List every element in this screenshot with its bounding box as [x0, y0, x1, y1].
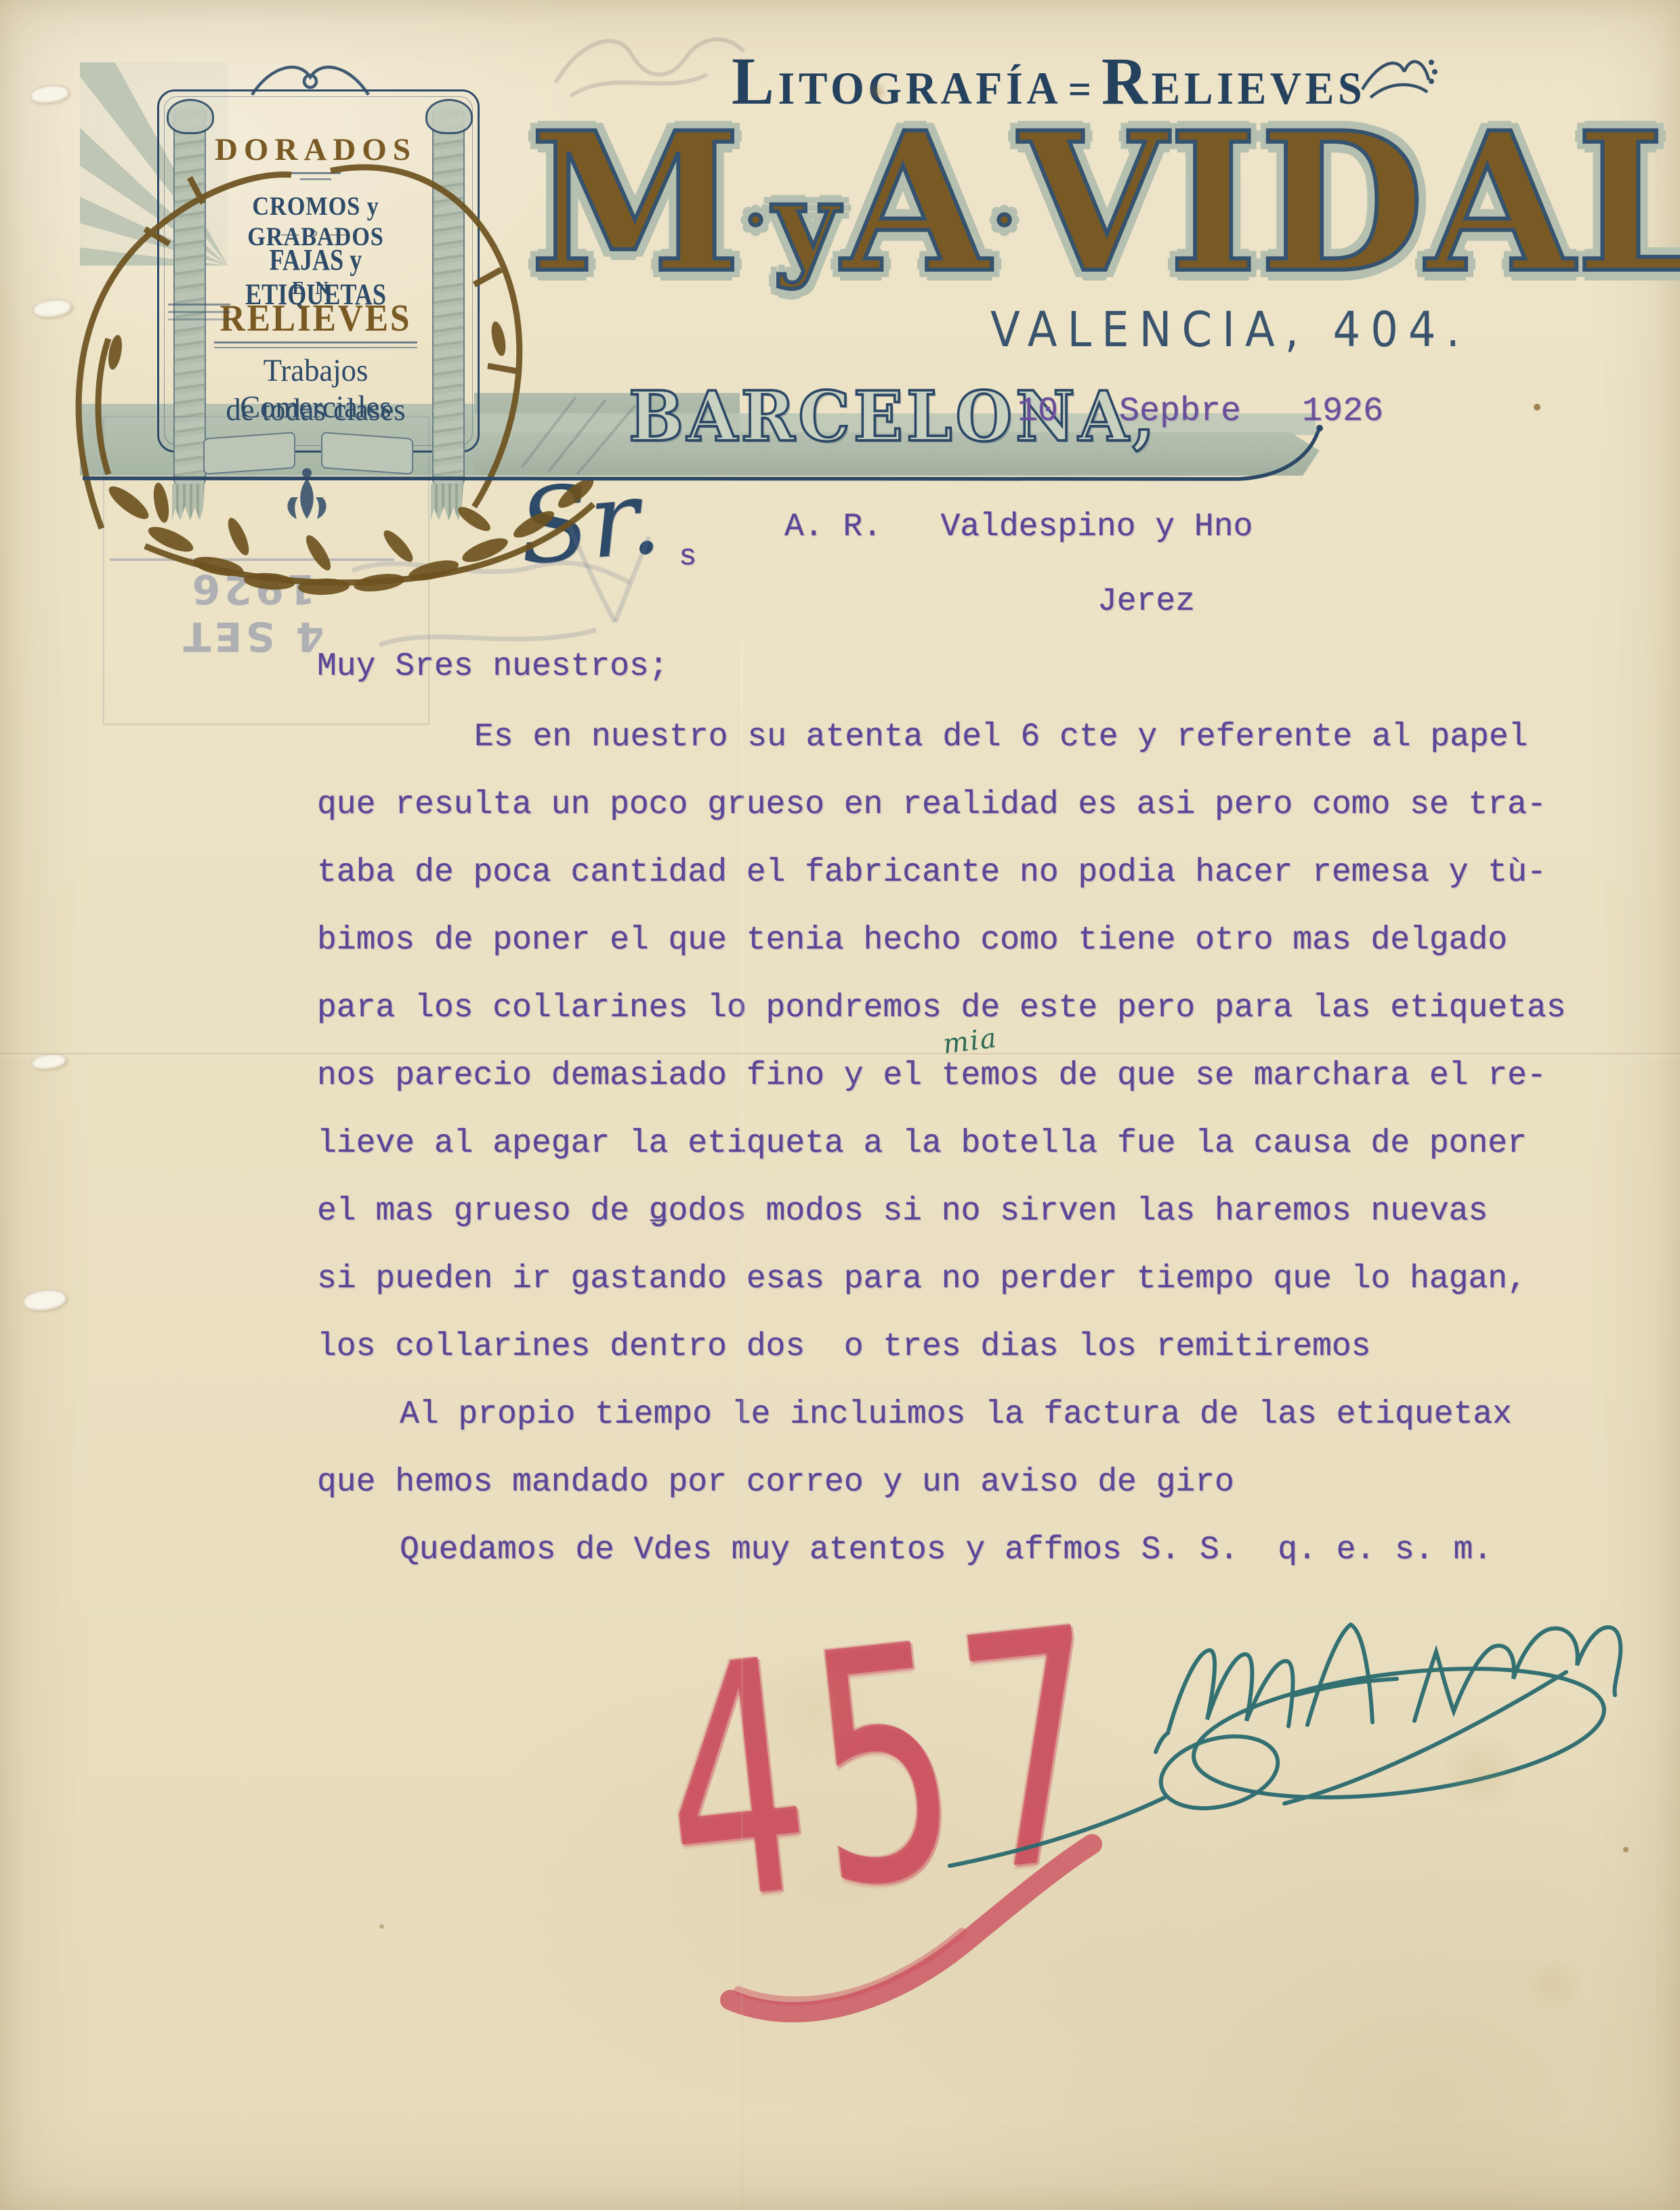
- wreath-branches: [79, 167, 593, 583]
- stain: [745, 1653, 881, 1761]
- stain: [1436, 1734, 1524, 1809]
- stain: [1524, 1958, 1585, 2012]
- red-swoosh: [730, 1844, 1092, 2012]
- signature: [950, 1625, 1620, 1866]
- banner-underline: [83, 425, 1323, 479]
- decorative-overlay: [0, 0, 1680, 2210]
- stain: [867, 81, 887, 102]
- speck: [379, 1924, 384, 1929]
- speck: [1534, 404, 1540, 411]
- vertical-crease: [741, 637, 743, 2210]
- letter-scan: DORADOS CROMOS y GRABADOS — ∘ — FAJAS y …: [0, 0, 1680, 2210]
- speck: [1246, 799, 1251, 804]
- banner-hatching: [522, 397, 635, 474]
- wreath-leaves: [104, 320, 597, 596]
- horizontal-crease: [0, 1053, 1680, 1055]
- box-crown-ornament: [252, 67, 369, 95]
- speck: [1623, 1847, 1629, 1852]
- pencil-scribble: [555, 39, 744, 96]
